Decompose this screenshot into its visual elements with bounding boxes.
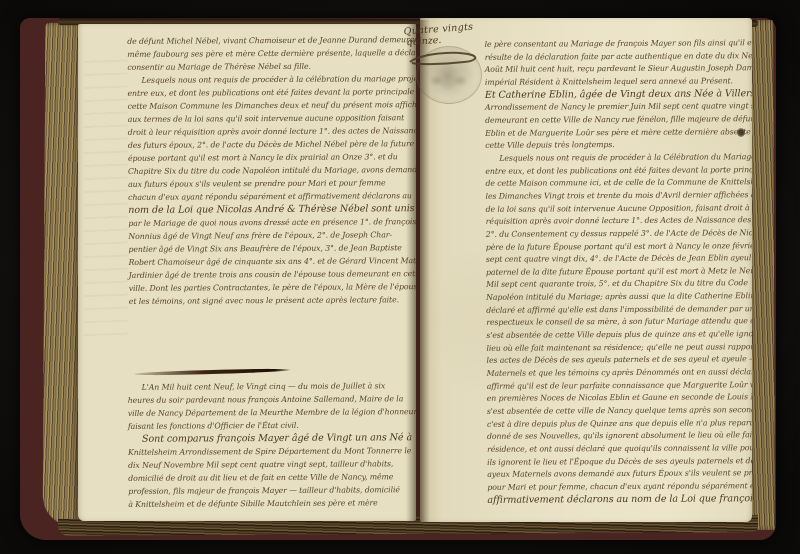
manuscript-line: Lesquels nous ont requis de procéder à l… [485, 151, 752, 165]
manuscript-line: les Dimanches Vingt trois et trente du m… [485, 189, 752, 203]
manuscript-photo: de défunt Michel Nébel, vivant Chamoiseu… [0, 0, 800, 554]
left-page: de défunt Michel Nébel, vivant Chamoiseu… [78, 24, 416, 521]
manuscript-line: impérial Résident à Knittelsheim lequel … [485, 75, 752, 89]
manuscript-line: à Knittelsheim et de défunte Sibille Mau… [128, 496, 416, 511]
marriage-act-mayer-opening-text: L'An Mil huit cent Neuf, le Vingt cinq —… [128, 379, 416, 511]
manuscript-line: ville de Nancy Département de la Meurthe… [128, 405, 416, 420]
manuscript-line: 2°. du Consentement cy dessus rappelé 3°… [486, 227, 752, 241]
pen-flourish-stroke [134, 368, 290, 376]
manuscript-line: même faubourg ses père et mère Cette der… [127, 46, 416, 61]
page-edges-left [43, 23, 82, 526]
ink-blot [737, 128, 745, 137]
ink-bleed-through [84, 54, 128, 344]
manuscript-line: demeurant en cette Ville de Nancy rue fé… [485, 113, 752, 127]
marriage-act-nebel-text: de défunt Michel Nébel, vivant Chamoiseu… [127, 33, 416, 308]
manuscript-line: Maternels et que les témoins cy après Dé… [487, 366, 752, 380]
manuscript-line: Eblin et de Marguerite Loûr ses père et … [485, 126, 752, 140]
marriage-act-mayer-eblin-text: le père consentant au Mariage de françoi… [485, 37, 752, 507]
manuscript-line: le père consentant au Mariage de françoi… [485, 37, 752, 51]
manuscript-line: pour Mari et pour femme, chacun d'eux ay… [487, 480, 752, 494]
manuscript-line: résidence, et ont aussi déclaré que quoi… [487, 442, 752, 456]
manuscript-line: s'est absentée de cette ville de Nancy q… [487, 404, 752, 418]
manuscript-line: affirmativement déclarons au nom de la L… [487, 493, 752, 507]
pen-swash-icon [406, 46, 482, 72]
